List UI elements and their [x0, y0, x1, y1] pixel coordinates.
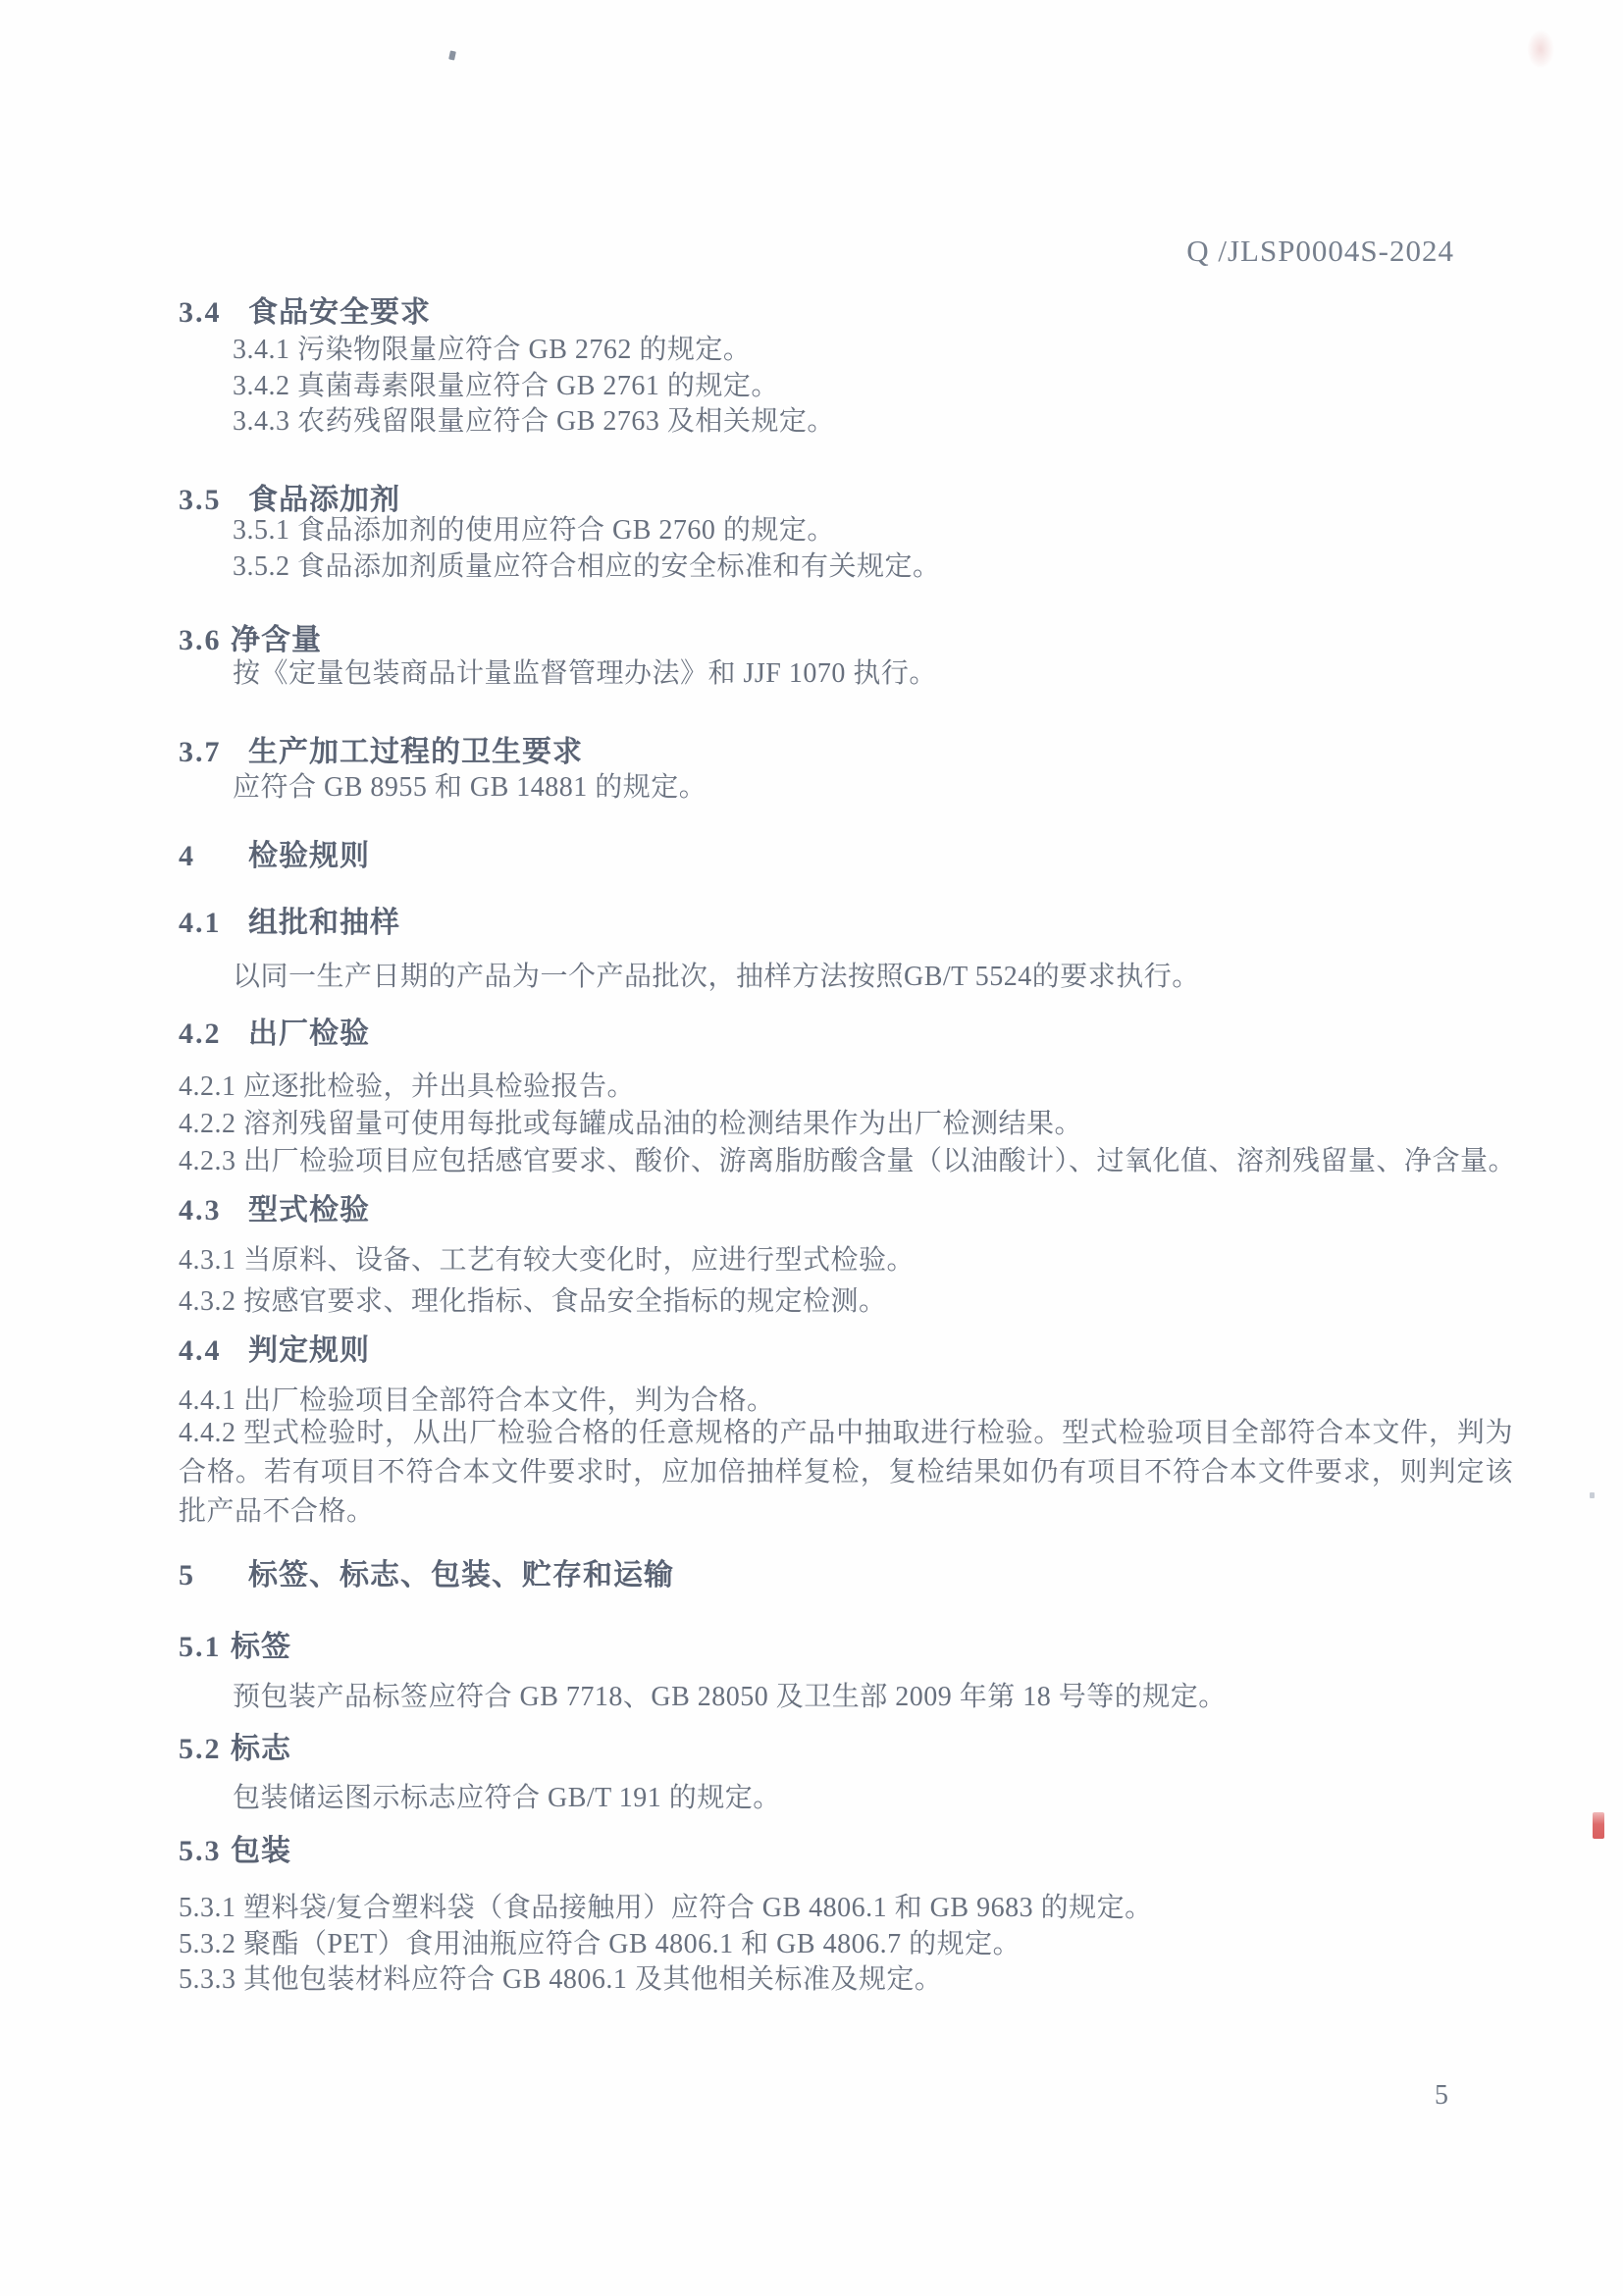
- section-number: 4.3: [179, 1194, 248, 1227]
- section-3-4-heading: 3.4食品安全要求: [179, 287, 431, 331]
- section-title: 组批和抽样: [248, 907, 400, 939]
- page-number: 5: [1435, 2080, 1448, 2112]
- scan-artifact-speck: [448, 50, 456, 60]
- section-5-1-heading: 5.1标签: [179, 1622, 291, 1665]
- section-number: 5.3: [179, 1835, 231, 1868]
- section-title: 包装: [231, 1835, 291, 1867]
- paragraph-3-4-1: 3.4.1 污染物限量应符合 GB 2762 的规定。: [233, 328, 751, 367]
- paragraph-3-4-2: 3.4.2 真菌毒素限量应符合 GB 2761 的规定。: [233, 364, 779, 403]
- section-4-2-heading: 4.2出厂检验: [179, 1009, 370, 1052]
- section-4-1-heading: 4.1组批和抽样: [179, 898, 400, 941]
- paragraph-4-3-2: 4.3.2 按感官要求、理化指标、食品安全指标的规定检测。: [179, 1279, 887, 1319]
- section-number: 4.4: [179, 1334, 248, 1368]
- section-title: 标签、标志、包装、贮存和运输: [248, 1559, 674, 1592]
- section-title: 食品安全要求: [248, 296, 431, 329]
- red-edge-mark: [1593, 1812, 1604, 1839]
- paragraph-4-2-2: 4.2.2 溶剂残留量可使用每批或每罐成品油的检测结果作为出厂检测结果。: [179, 1102, 1082, 1141]
- section-number: 3.4: [179, 296, 248, 330]
- paragraph-3-5-2: 3.5.2 食品添加剂质量应符合相应的安全标准和有关规定。: [233, 545, 941, 584]
- section-5-heading: 5标签、标志、包装、贮存和运输: [179, 1550, 674, 1593]
- section-5-3-heading: 5.3包装: [179, 1826, 291, 1869]
- document-page: Q /JLSP0004S-2024 3.4食品安全要求 3.4.1 污染物限量应…: [0, 0, 1623, 2296]
- paragraph-3-6-body: 按《定量包装商品计量监督管理办法》和 JJF 1070 执行。: [233, 652, 937, 691]
- section-number: 5: [179, 1559, 248, 1592]
- paragraph-4-3-1: 4.3.1 当原料、设备、工艺有较大变化时，应进行型式检验。: [179, 1238, 915, 1278]
- paragraph-5-2-body: 包装储运图示标志应符合 GB/T 191 的规定。: [233, 1776, 781, 1815]
- section-number: 4.2: [179, 1018, 248, 1051]
- scan-artifact-smudge: [1527, 29, 1554, 69]
- section-title: 型式检验: [248, 1194, 370, 1226]
- paragraph-4-4-1: 4.4.1 出厂检验项目全部符合本文件，判为合格。: [179, 1379, 775, 1418]
- paragraph-4-2-3: 4.2.3 出厂检验项目应包括感官要求、酸价、游离脂肪酸含量（以油酸计）、过氧化…: [179, 1139, 1516, 1178]
- section-title: 出厂检验: [248, 1018, 370, 1050]
- section-title: 标志: [231, 1733, 291, 1765]
- paragraph-4-2-1: 4.2.1 应逐批检验，并出具检验报告。: [179, 1065, 635, 1104]
- paragraph-4-1-body: 以同一生产日期的产品为一个产品批次，抽样方法按照GB/T 5524的要求执行。: [233, 955, 1200, 994]
- section-5-2-heading: 5.2标志: [179, 1724, 291, 1767]
- section-title: 检验规则: [248, 840, 370, 872]
- paragraph-4-4-2: 4.4.2 型式检验时，从出厂检验合格的任意规格的产品中抽取进行检验。型式检验项…: [179, 1414, 1513, 1532]
- section-4-heading: 4检验规则: [179, 831, 370, 874]
- section-3-7-heading: 3.7生产加工过程的卫生要求: [179, 727, 583, 770]
- section-number: 4: [179, 840, 248, 873]
- paragraph-3-4-3: 3.4.3 农药残留限量应符合 GB 2763 及相关规定。: [233, 399, 835, 439]
- paragraph-5-3-2: 5.3.2 聚酯（PET）食用油瓶应符合 GB 4806.1 和 GB 4806…: [179, 1922, 1021, 1961]
- section-number: 4.1: [179, 907, 248, 940]
- section-4-4-heading: 4.4判定规则: [179, 1326, 370, 1369]
- section-title: 生产加工过程的卫生要求: [248, 736, 583, 768]
- section-title: 标签: [231, 1631, 291, 1663]
- paragraph-5-3-1: 5.3.1 塑料袋/复合塑料袋（食品接触用）应符合 GB 4806.1 和 GB…: [179, 1886, 1153, 1925]
- section-number: 3.6: [179, 624, 231, 657]
- paragraph-5-1-body: 预包装产品标签应符合 GB 7718、GB 28050 及卫生部 2009 年第…: [233, 1675, 1227, 1714]
- scan-artifact-speck: [1590, 1492, 1595, 1498]
- paragraph-3-7-body: 应符合 GB 8955 和 GB 14881 的规定。: [233, 765, 707, 805]
- section-title: 判定规则: [248, 1334, 370, 1367]
- section-number: 3.7: [179, 736, 248, 769]
- doc-code: Q /JLSP0004S-2024: [1186, 234, 1454, 269]
- section-number: 5.2: [179, 1733, 231, 1766]
- section-4-3-heading: 4.3型式检验: [179, 1185, 370, 1228]
- paragraph-3-5-1: 3.5.1 食品添加剂的使用应符合 GB 2760 的规定。: [233, 508, 835, 548]
- section-number: 5.1: [179, 1631, 231, 1664]
- paragraph-5-3-3: 5.3.3 其他包装材料应符合 GB 4806.1 及其他相关标准及规定。: [179, 1957, 942, 1997]
